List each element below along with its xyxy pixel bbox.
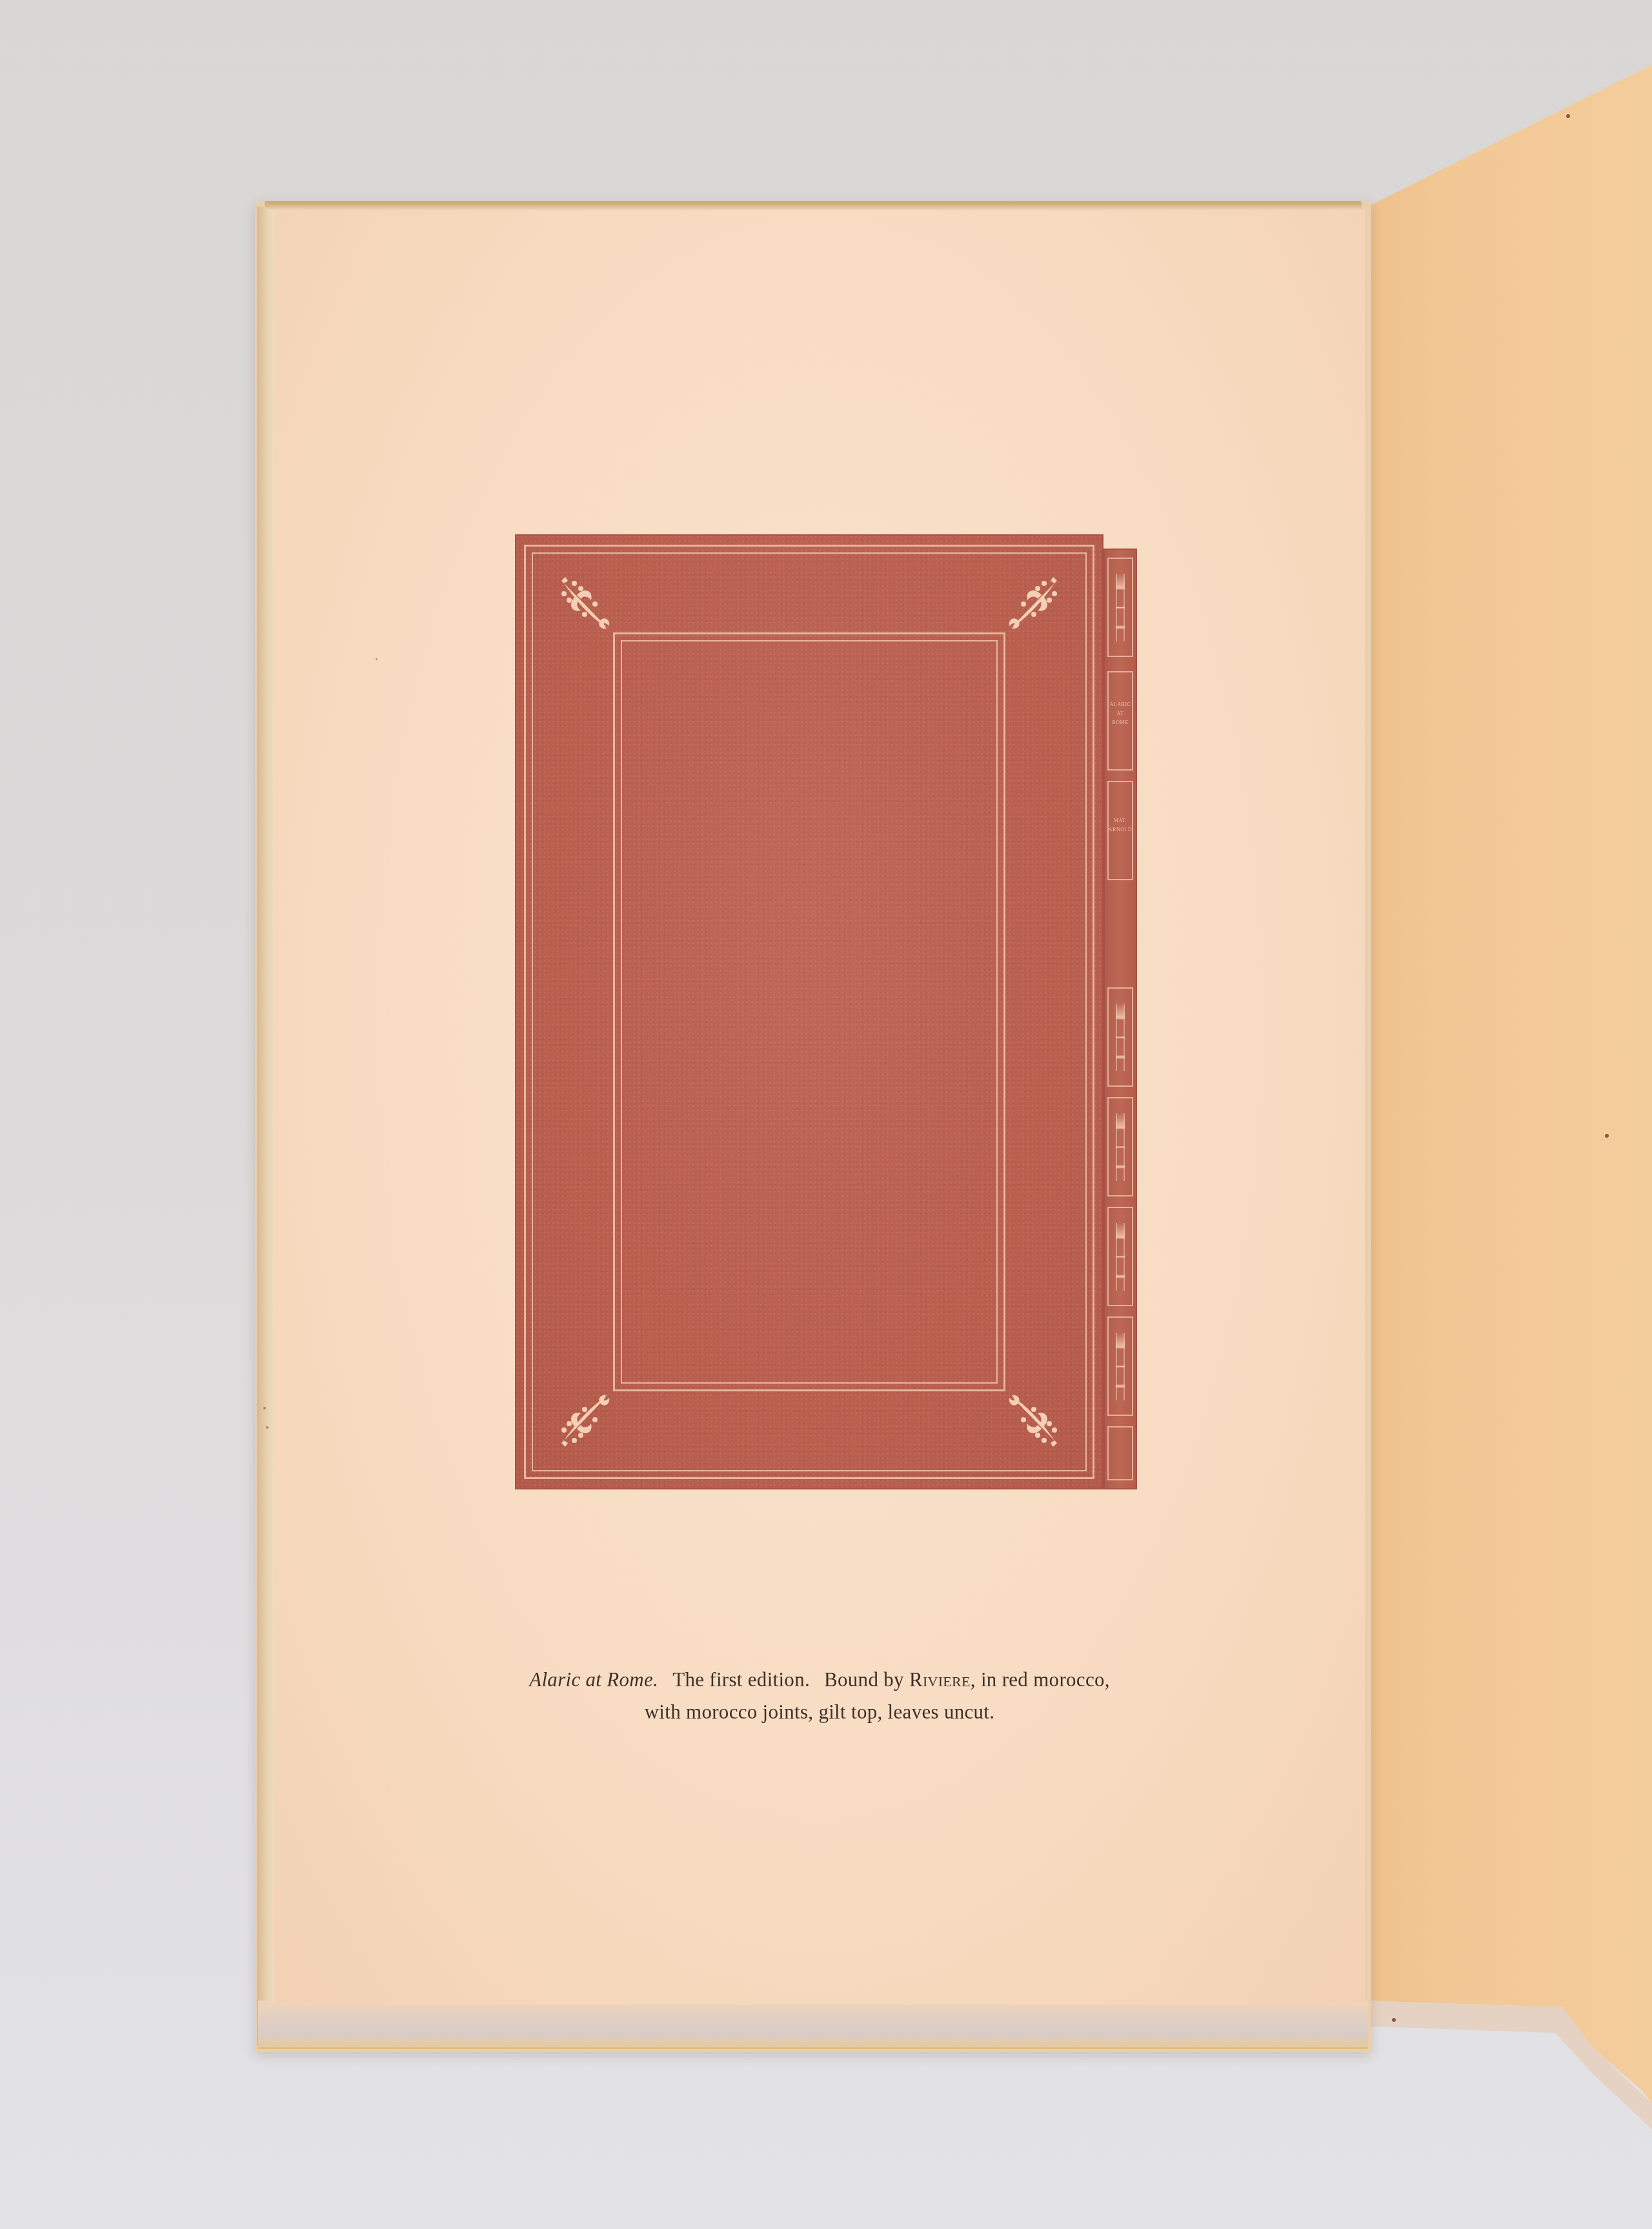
spine-title-label: ALARIC AT ROME <box>1106 700 1134 727</box>
top-edge <box>265 201 1362 210</box>
spine-author-label: MAT. ARNOLD <box>1106 816 1134 834</box>
caption-edition: The first edition. <box>672 1668 810 1691</box>
fleuron-icon <box>1005 1391 1063 1449</box>
foxing-spot <box>266 1426 268 1429</box>
spine-tooled-panel <box>1107 1207 1133 1306</box>
spine-tooled-panel <box>1107 1316 1133 1416</box>
spine-title-line: AT <box>1106 709 1134 718</box>
caption-line-2: with morocco joints, gilt top, leaves un… <box>274 1696 1365 1728</box>
binding-plate <box>515 534 1103 1489</box>
spine-title-line: ROME <box>1106 718 1134 727</box>
binding-spine: ALARIC AT ROME MAT. ARNOLD <box>1103 549 1137 1489</box>
spine-title-line: ALARIC <box>1106 700 1134 709</box>
plate-caption: Alaric at Rome.The first edition.Bound b… <box>274 1664 1365 1728</box>
inner-panel-fillet-inner <box>621 640 998 1384</box>
caption-binder: Riviere <box>909 1668 971 1691</box>
page-block-edge <box>257 207 275 2046</box>
caption-line-1: Alaric at Rome.The first edition.Bound b… <box>274 1664 1365 1696</box>
photo-scene: ALARIC AT ROME MAT. ARNOLD Alaric at Rom… <box>0 0 1652 2229</box>
spine-tail-panel <box>1107 1426 1133 1480</box>
caption-bound-prefix: Bound by <box>824 1668 909 1691</box>
spine-tooled-panel <box>1107 558 1133 657</box>
spine-author-line: ARNOLD <box>1106 825 1134 834</box>
fleuron-icon <box>555 1391 613 1449</box>
fleuron-icon <box>555 574 613 632</box>
fleuron-icon <box>1005 574 1063 632</box>
caption-title: Alaric at Rome. <box>529 1668 658 1691</box>
foxing-spot <box>376 658 378 660</box>
foxing-spot <box>263 1407 266 1409</box>
bottom-edge <box>258 2001 1368 2049</box>
spine-author-line: MAT. <box>1106 816 1134 825</box>
caption-bound-suffix: , in red morocco, <box>971 1668 1110 1691</box>
spine-tooled-panel <box>1107 987 1133 1087</box>
spine-tooled-panel <box>1107 1097 1133 1196</box>
